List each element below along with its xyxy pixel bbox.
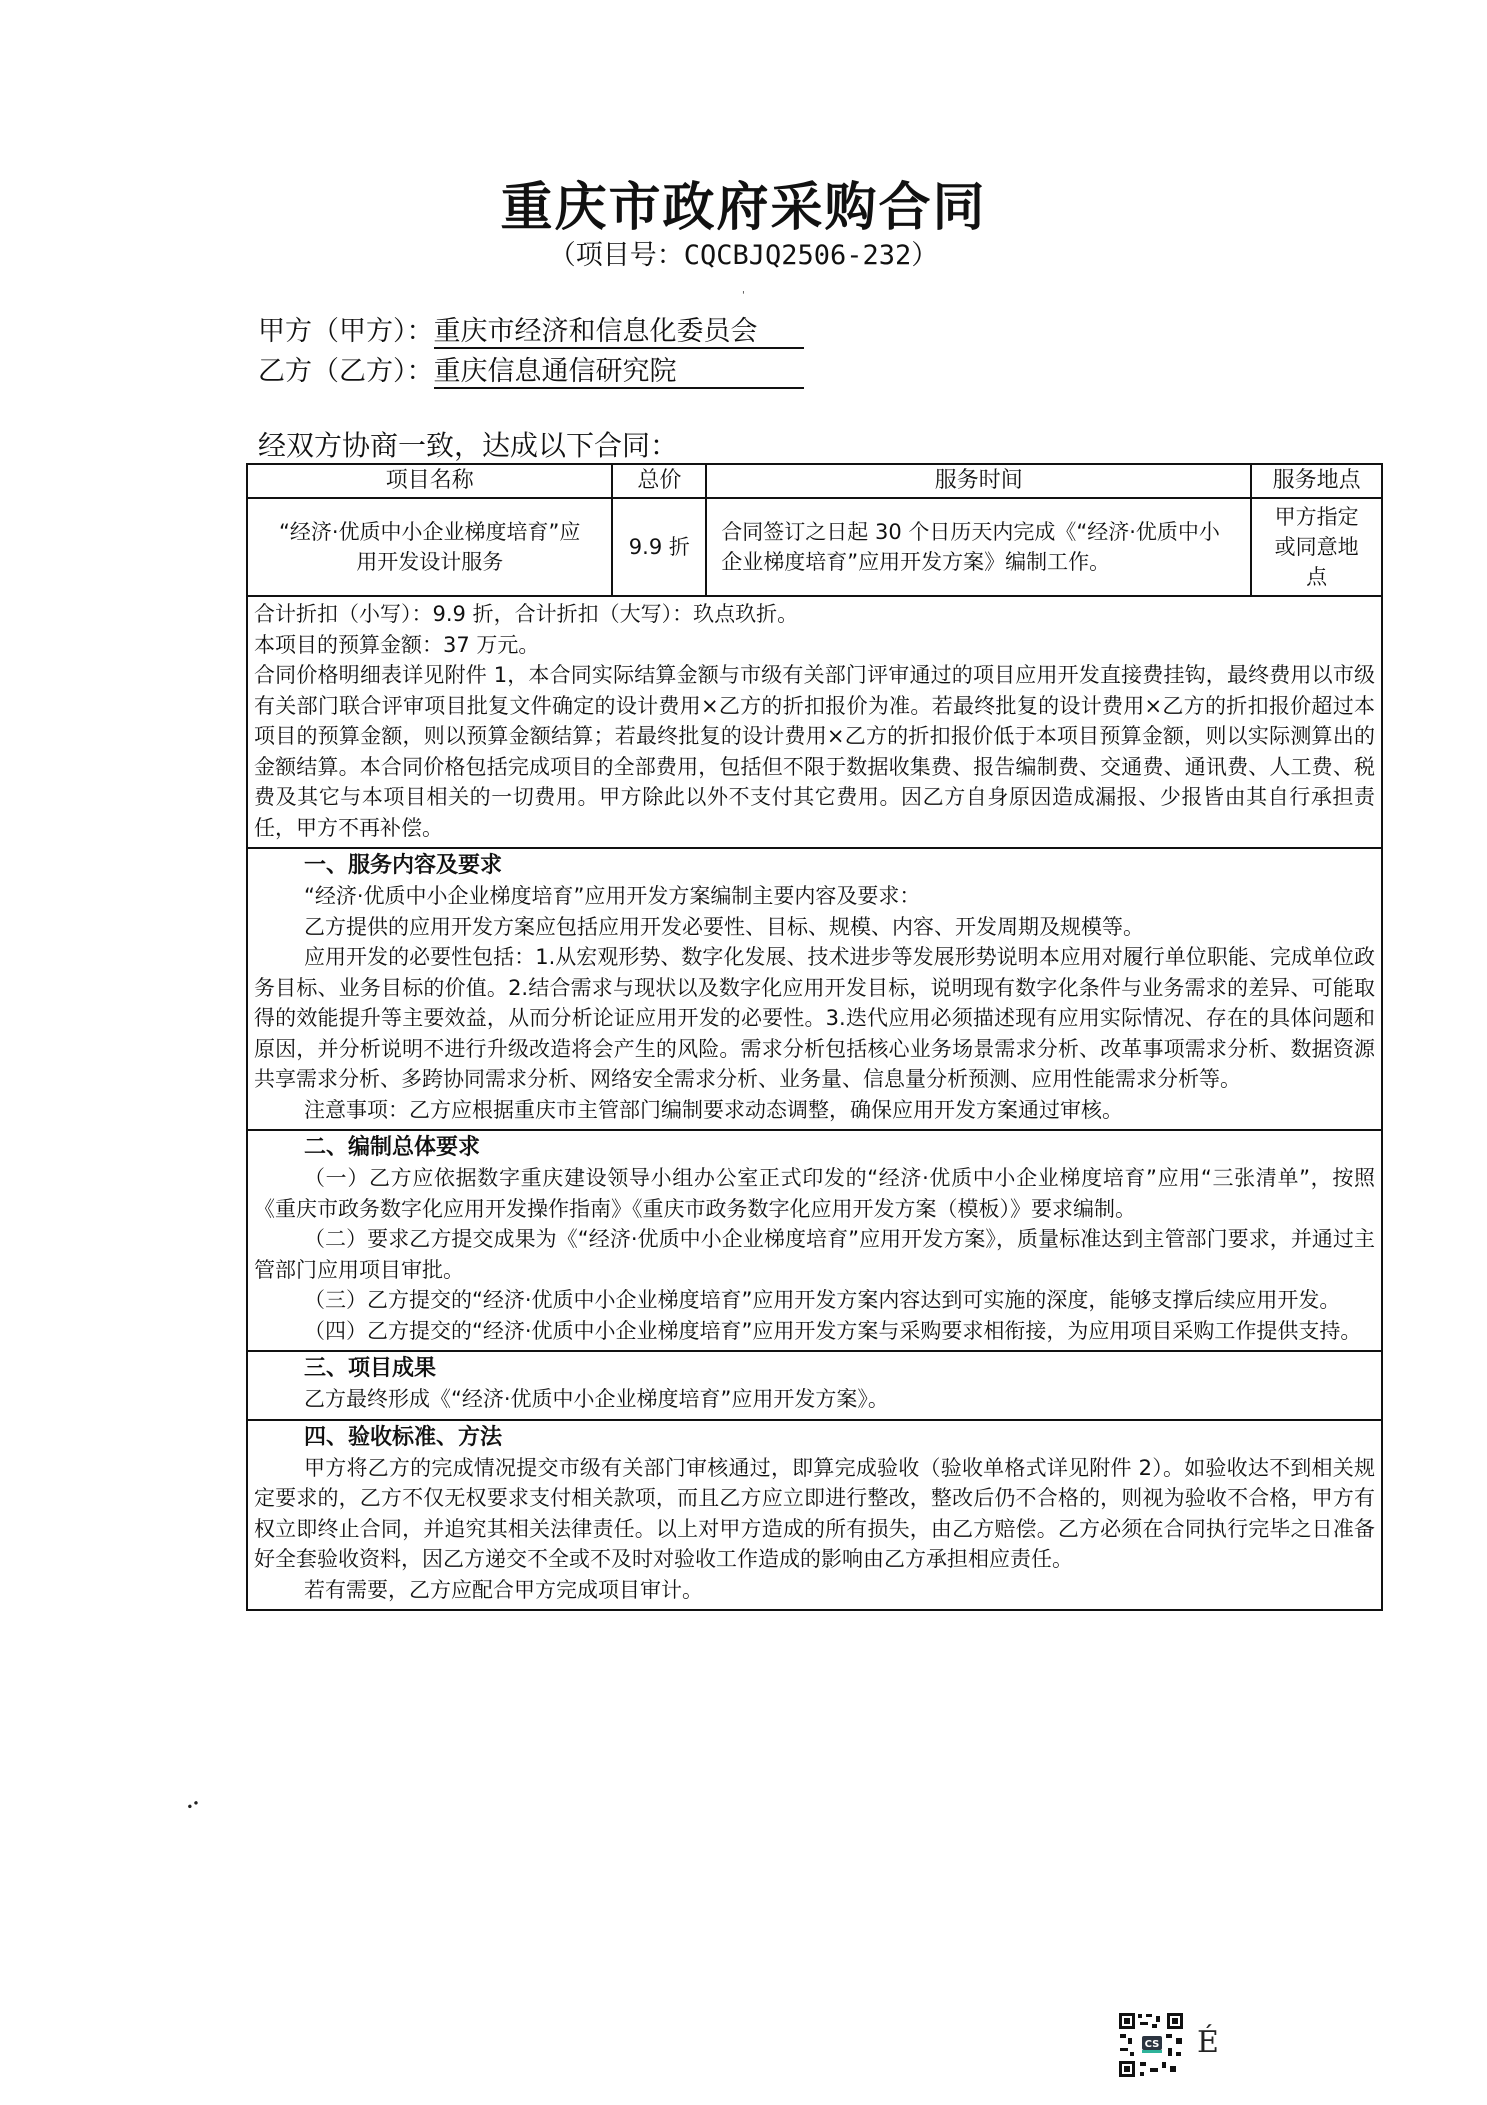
cell-project-name: “经济·优质中小企业梯度培育”应用开发设计服务	[247, 498, 612, 596]
party-a-label: 甲方（甲方）：	[258, 316, 434, 347]
section-acceptance: 四、验收标准、方法 甲方将乙方的完成情况提交市级有关部门审核通过，即算完成验收（…	[247, 1420, 1382, 1611]
party-b: 乙方（乙方）：重庆信息通信研究院	[258, 354, 804, 390]
section-heading: 四、验收标准、方法	[254, 1423, 1375, 1453]
header-service-location: 服务地点	[1251, 464, 1382, 498]
pricing-details: 合同价格明细表详见附件 1，本合同实际结算金额与市级有关部门评审通过的项目应用开…	[254, 660, 1375, 843]
pricing-row: 合计折扣（小写）：9.9 折，合计折扣（大写）：玖点玖折。 本项目的预算金额：3…	[247, 596, 1382, 848]
table-row: “经济·优质中小企业梯度培育”应用开发设计服务 9.9 折 合同签订之日起 30…	[247, 498, 1382, 596]
section-row: 二、编制总体要求 （一）乙方应依据数字重庆建设领导小组办公室正式印发的“经济·优…	[247, 1130, 1382, 1351]
table-header-row: 项目名称 总价 服务时间 服务地点	[247, 464, 1382, 498]
budget-line: 本项目的预算金额：37 万元。	[254, 630, 1375, 661]
qr-badge: CS	[1145, 2039, 1160, 2050]
section-paragraph: 应用开发的必要性包括：1.从宏观形势、数字化发展、技术进步等发展形势说明本应用对…	[254, 942, 1375, 1095]
section-row: 一、服务内容及要求 “经济·优质中小企业梯度培育”应用开发方案编制主要内容及要求…	[247, 848, 1382, 1130]
section-paragraph: （三）乙方提交的“经济·优质中小企业梯度培育”应用开发方案内容达到可实施的深度，…	[254, 1285, 1375, 1316]
section-general-requirements: 二、编制总体要求 （一）乙方应依据数字重庆建设领导小组办公室正式印发的“经济·优…	[247, 1130, 1382, 1351]
header-project-name: 项目名称	[247, 464, 612, 498]
section-paragraph: （一）乙方应依据数字重庆建设领导小组办公室正式印发的“经济·优质中小企业梯度培育…	[254, 1163, 1375, 1224]
section-paragraph: 注意事项：乙方应根据重庆市主管部门编制要求动态调整，确保应用开发方案通过审核。	[254, 1095, 1375, 1126]
cell-service-time: 合同签订之日起 30 个日历天内完成《“经济·优质中小企业梯度培育”应用开发方案…	[706, 498, 1251, 596]
scan-mark: '	[742, 290, 745, 301]
party-a: 甲方（甲方）：重庆市经济和信息化委员会	[258, 314, 804, 350]
section-paragraph: （二）要求乙方提交成果为《“经济·优质中小企业梯度培育”应用开发方案》，质量标准…	[254, 1224, 1375, 1285]
contract-table: 项目名称 总价 服务时间 服务地点 “经济·优质中小企业梯度培育”应用开发设计服…	[246, 463, 1383, 1611]
section-heading: 二、编制总体要求	[254, 1133, 1375, 1163]
pricing-block: 合计折扣（小写）：9.9 折，合计折扣（大写）：玖点玖折。 本项目的预算金额：3…	[247, 596, 1382, 848]
section-paragraph: 乙方最终形成《“经济·优质中小企业梯度培育”应用开发方案》。	[254, 1384, 1375, 1415]
cell-total-price: 9.9 折	[612, 498, 706, 596]
section-heading: 三、项目成果	[254, 1354, 1375, 1384]
section-paragraph: “经济·优质中小企业梯度培育”应用开发方案编制主要内容及要求：	[254, 881, 1375, 912]
project-number: （项目号：CQCBJQ2506-232）	[0, 238, 1487, 274]
header-service-time: 服务时间	[706, 464, 1251, 498]
section-paragraph: （四）乙方提交的“经济·优质中小企业梯度培育”应用开发方案与采购要求相衔接，为应…	[254, 1316, 1375, 1347]
section-project-deliverables: 三、项目成果 乙方最终形成《“经济·优质中小企业梯度培育”应用开发方案》。	[247, 1351, 1382, 1420]
agreement-intro: 经双方协商一致，达成以下合同：	[258, 428, 678, 464]
section-row: 三、项目成果 乙方最终形成《“经济·优质中小企业梯度培育”应用开发方案》。	[247, 1351, 1382, 1420]
discount-line: 合计折扣（小写）：9.9 折，合计折扣（大写）：玖点玖折。	[254, 599, 1375, 630]
scan-speck: ••	[183, 1795, 202, 1814]
section-paragraph: 若有需要，乙方应配合甲方完成项目审计。	[254, 1575, 1375, 1606]
section-paragraph: 乙方提供的应用开发方案应包括应用开发必要性、目标、规模、内容、开发周期及规模等。	[254, 912, 1375, 943]
section-service-content: 一、服务内容及要求 “经济·优质中小企业梯度培育”应用开发方案编制主要内容及要求…	[247, 848, 1382, 1130]
section-paragraph: 甲方将乙方的完成情况提交市级有关部门审核通过，即算完成验收（验收单格式详见附件 …	[254, 1453, 1375, 1575]
contract-title: 重庆市政府采购合同	[0, 178, 1487, 238]
cell-service-location: 甲方指定或同意地点	[1251, 498, 1382, 596]
party-b-value: 重庆信息通信研究院	[434, 357, 804, 389]
party-a-value: 重庆市经济和信息化委员会	[434, 317, 804, 349]
party-b-label: 乙方（乙方）：	[258, 356, 434, 387]
section-row: 四、验收标准、方法 甲方将乙方的完成情况提交市级有关部门审核通过，即算完成验收（…	[247, 1420, 1382, 1611]
scanner-mark: É	[1197, 2025, 1219, 2060]
qr-code-icon: CS	[1118, 2012, 1184, 2078]
header-total-price: 总价	[612, 464, 706, 498]
section-heading: 一、服务内容及要求	[254, 851, 1375, 881]
